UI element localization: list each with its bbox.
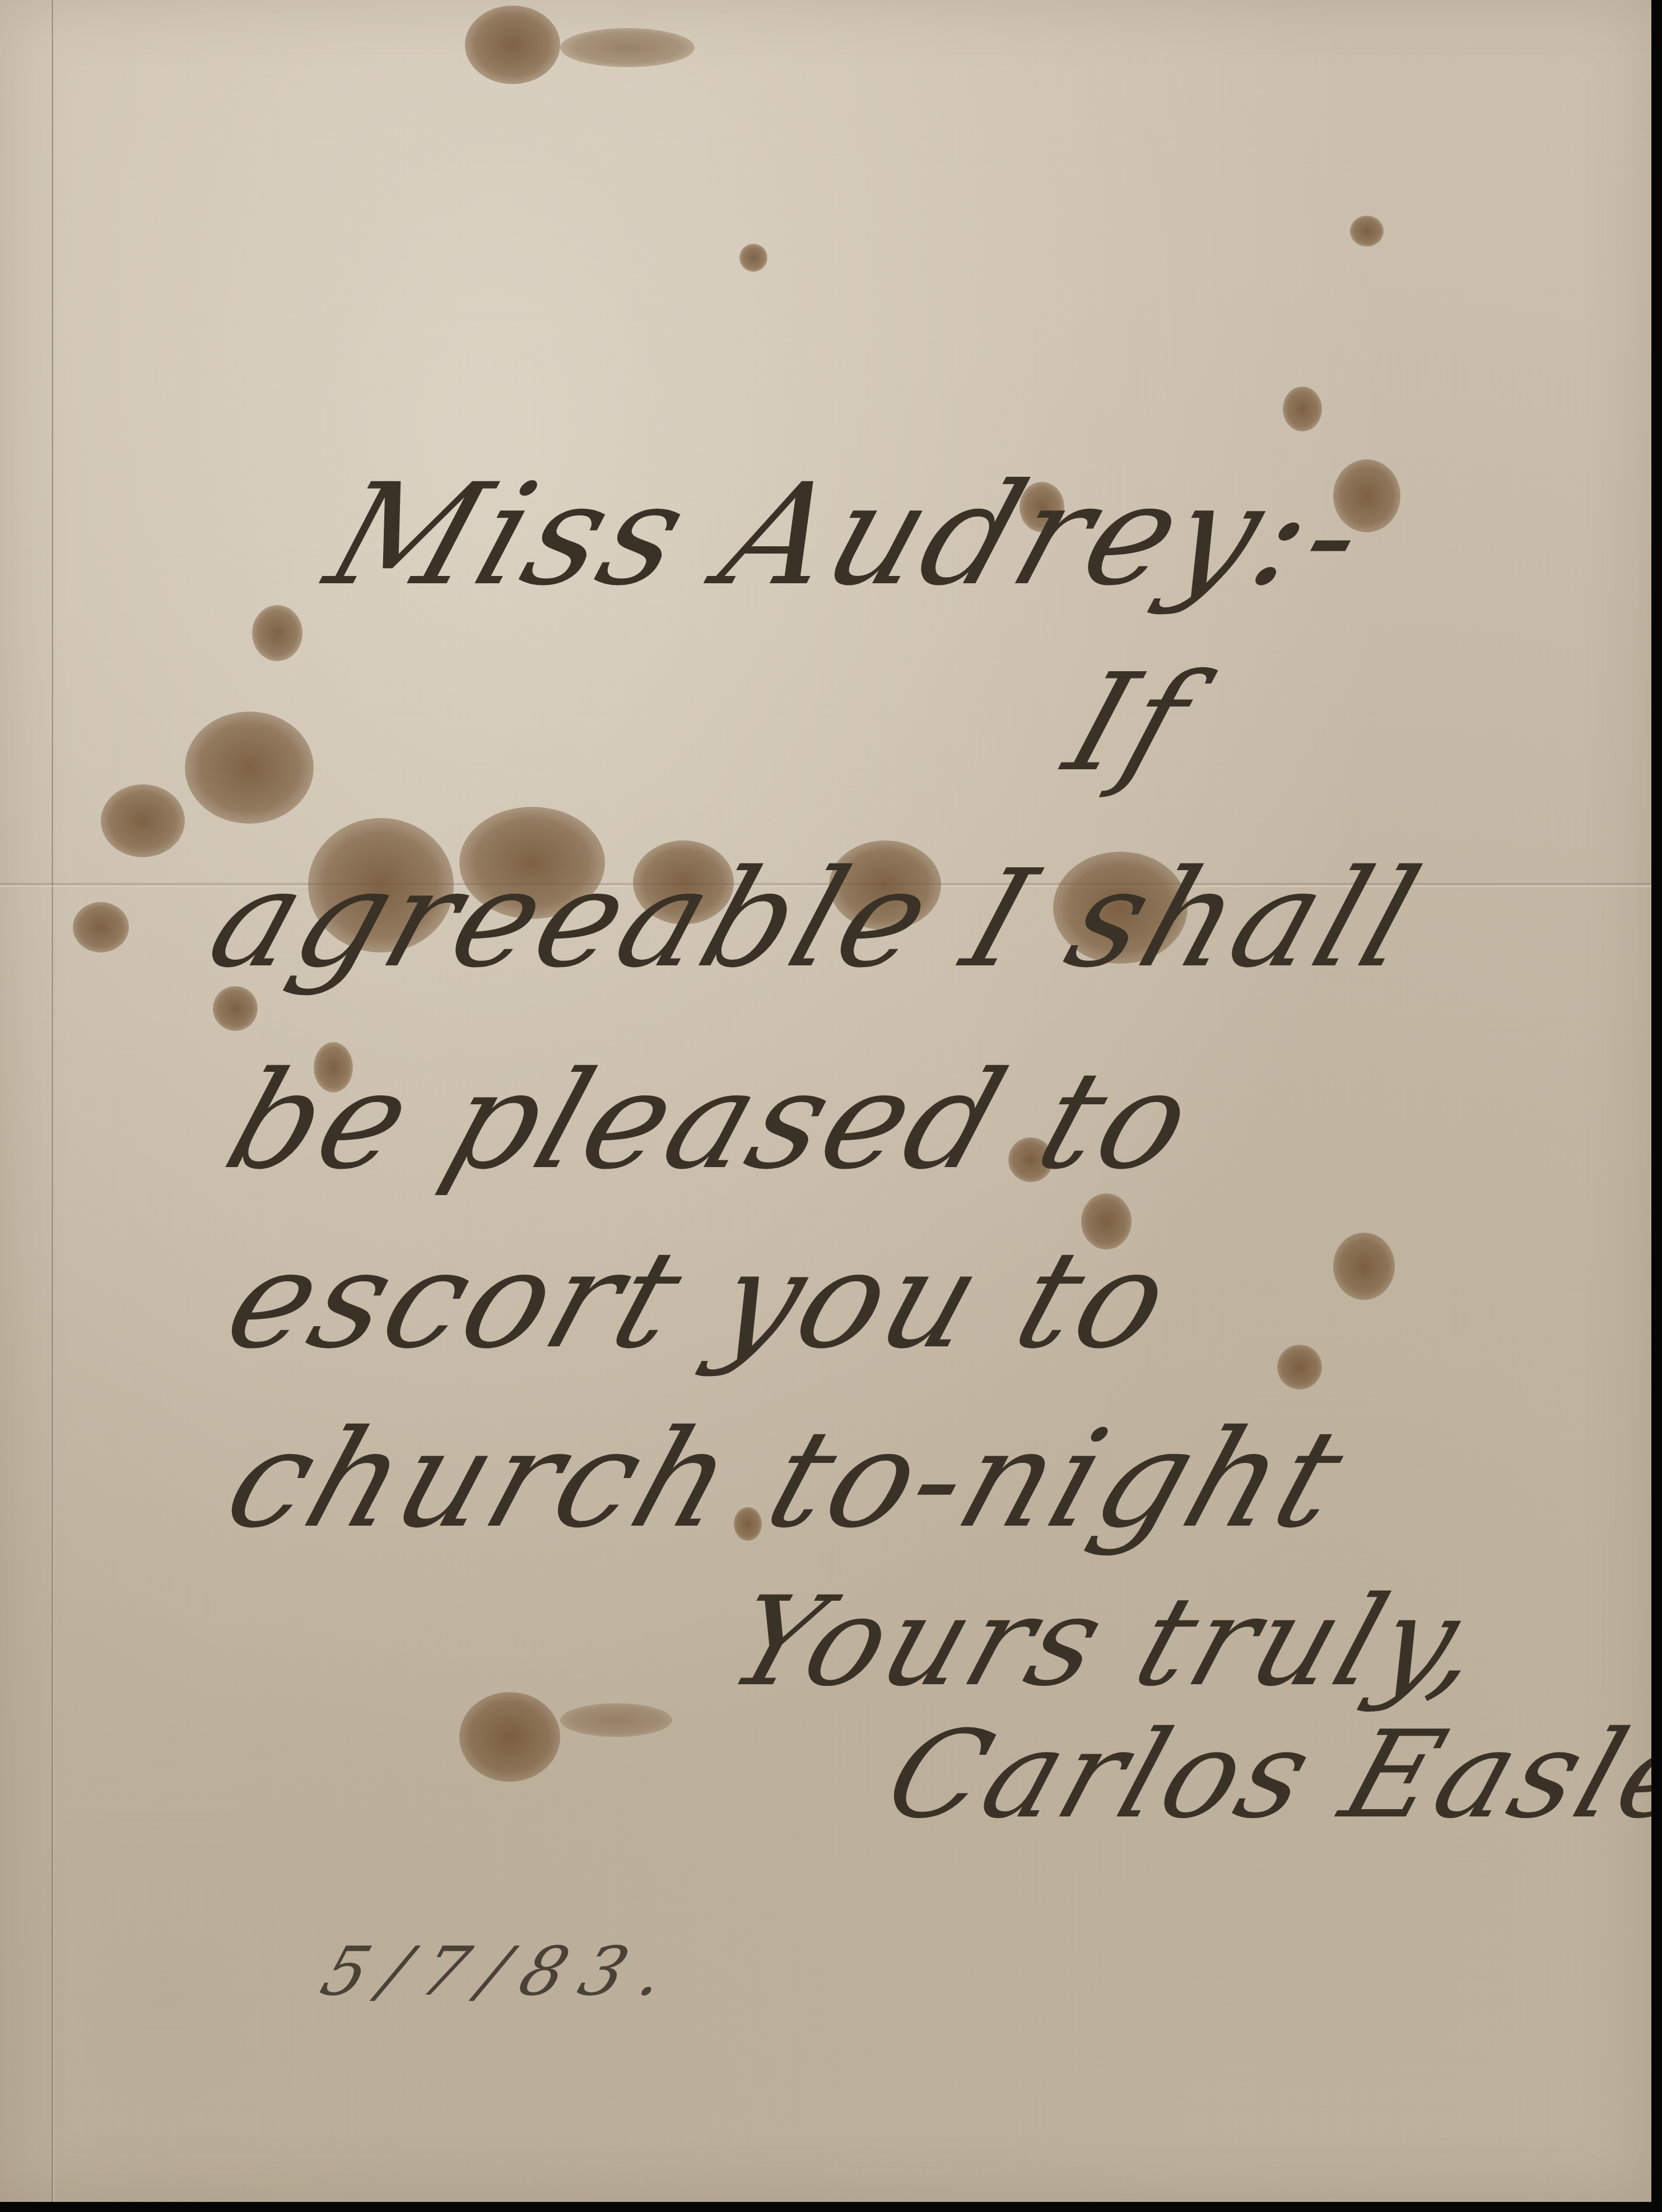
letter-paper: Miss Audrey:- If agreeable I shall be pl… — [0, 0, 1651, 2202]
body-line-5: church to-night — [213, 1412, 1361, 1546]
background-edge-right — [1651, 0, 1662, 2212]
signature: Carlos Easley. — [874, 1714, 1662, 1835]
vertical-fold-crease — [52, 0, 55, 2202]
date: 5/7/83. — [314, 1939, 691, 2006]
ink-stain — [73, 902, 129, 952]
background-edge-bottom — [0, 2202, 1662, 2212]
body-line-2: agreeable I shall — [196, 852, 1436, 986]
ink-stain — [560, 1703, 672, 1737]
closing: Yours truly, — [717, 1580, 1502, 1703]
body-line-3: be pleased to — [213, 1053, 1209, 1188]
ink-stain — [459, 1692, 560, 1782]
ink-stain — [560, 28, 695, 67]
body-line-4: escort you to — [213, 1233, 1187, 1367]
ink-stain — [252, 605, 302, 661]
ink-stain — [1350, 216, 1384, 247]
ink-stain — [1277, 1345, 1322, 1390]
ink-stain — [185, 712, 314, 824]
ink-stain — [739, 244, 767, 272]
ink-stain — [465, 6, 560, 84]
salutation: Miss Audrey:- — [314, 465, 1384, 605]
ink-stain — [101, 784, 185, 857]
ink-stain — [1333, 1233, 1395, 1300]
body-line-1: If — [1053, 656, 1207, 790]
ink-stain — [1283, 387, 1322, 431]
